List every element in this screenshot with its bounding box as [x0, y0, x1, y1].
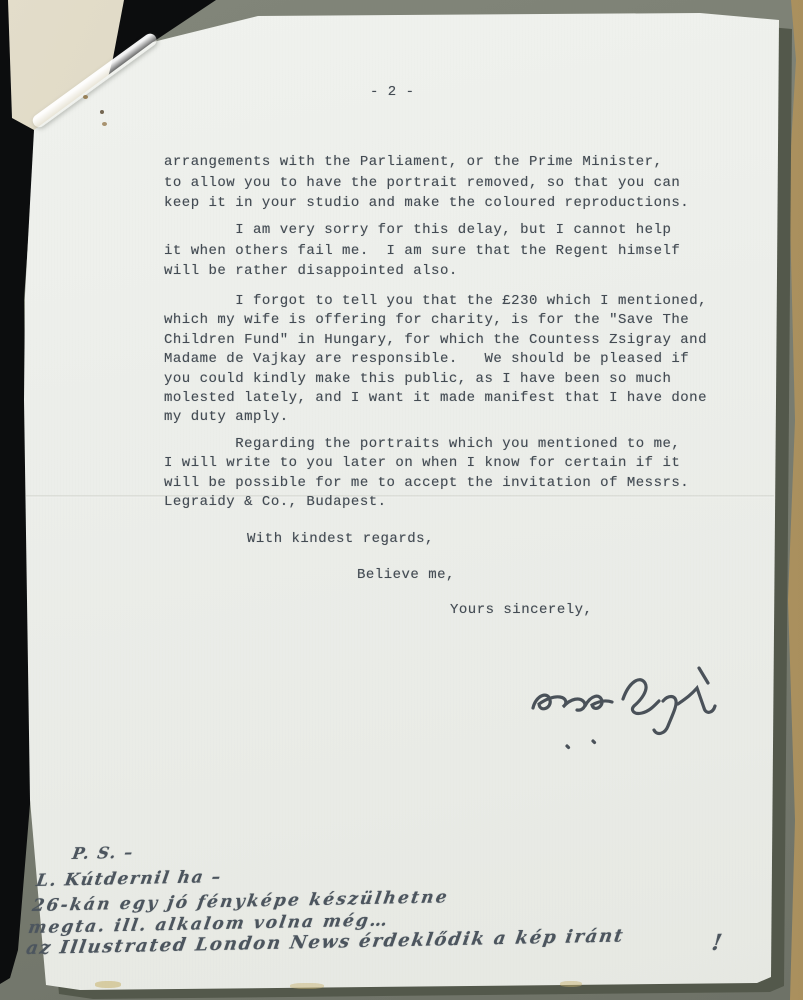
closing-regards: With kindest regards, — [247, 531, 434, 547]
postscript-line-1: P. S. – — [71, 843, 135, 863]
signature — [503, 646, 743, 751]
stain-smudge — [560, 981, 582, 987]
stain-dot — [102, 122, 107, 126]
closing-believe-me: Believe me, — [357, 567, 455, 583]
stain-smudge — [290, 983, 324, 989]
stain-smudge — [95, 981, 121, 988]
stain-dot — [100, 110, 104, 114]
scanned-letter-photo: - 2 - arrangements with the Parliament, … — [0, 0, 803, 1000]
postscript-line-2: L. Kútdernil ha – — [35, 867, 223, 891]
stain-dot — [83, 95, 88, 99]
page-number: - 2 - — [370, 84, 415, 100]
closing-yours-sincerely: Yours sincerely, — [450, 602, 592, 618]
paragraph-3: I forgot to tell you that the £230 which… — [164, 292, 734, 428]
paragraph-1: arrangements with the Parliament, or the… — [164, 152, 724, 214]
paragraph-4: Regarding the portraits which you mentio… — [164, 435, 724, 513]
paragraph-2: I am very sorry for this delay, but I ca… — [164, 220, 724, 282]
